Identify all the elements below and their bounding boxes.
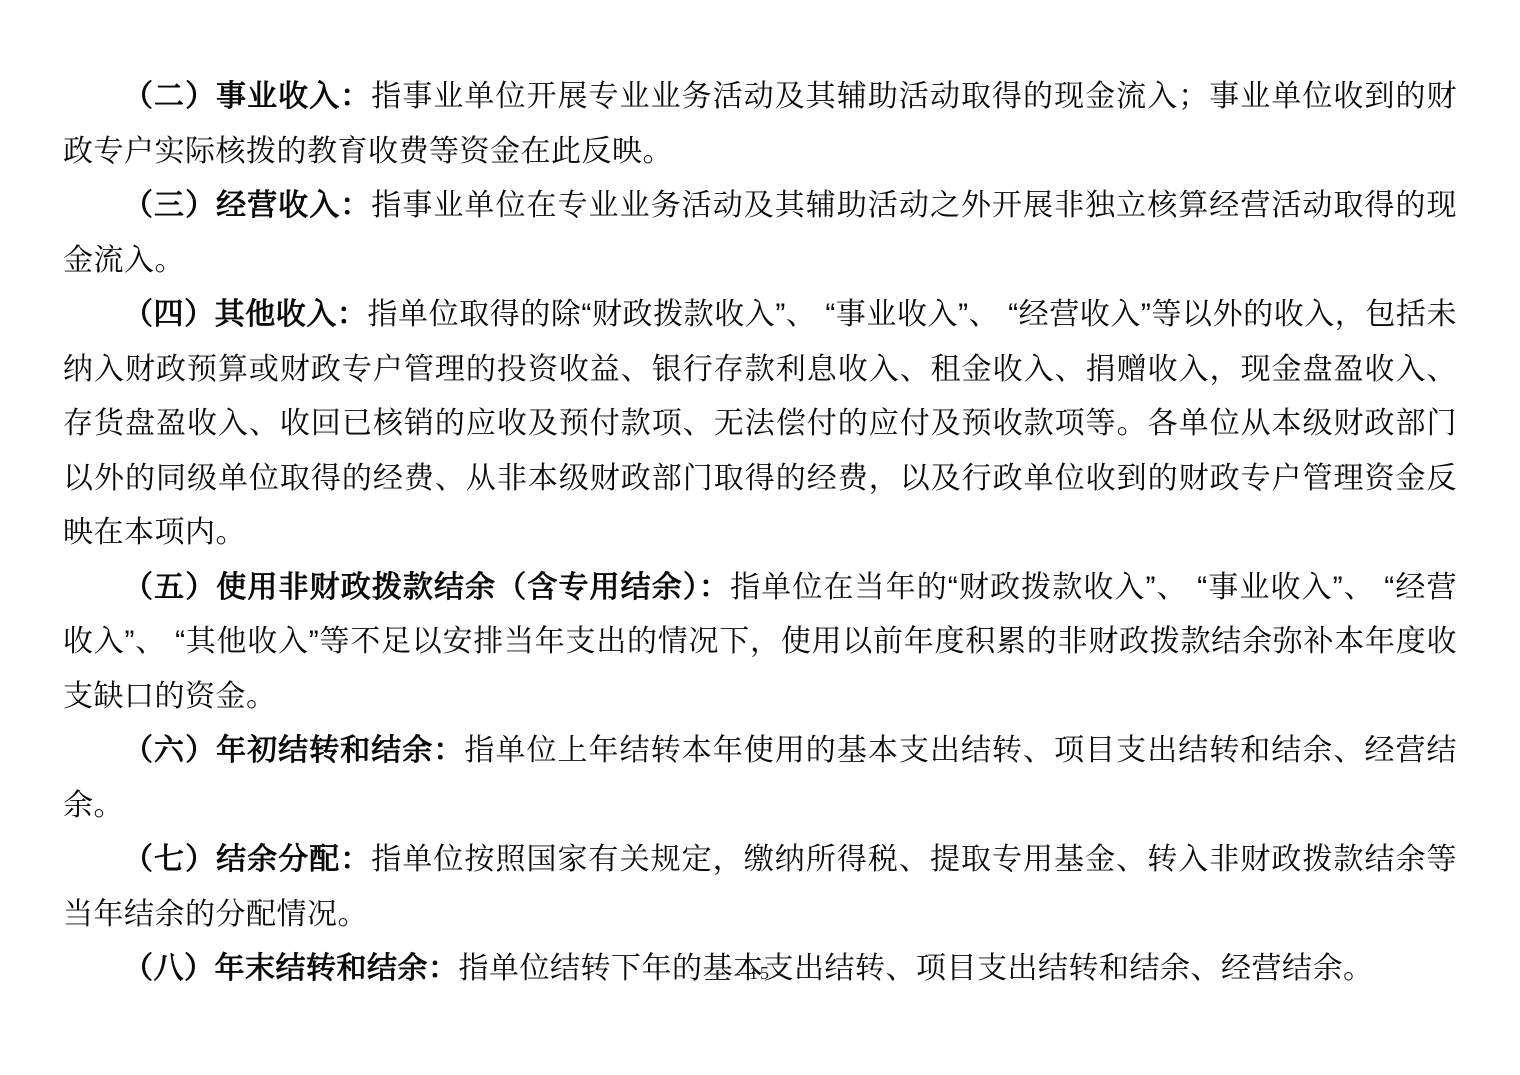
paragraph-3-jingying-shouru: （三）经营收入：指事业单位在专业业务活动及其辅助活动之外开展非独立核算经营活动取… — [63, 179, 1457, 288]
document-page: （二）事业收入：指事业单位开展专业业务活动及其辅助活动取得的现金流入；事业单位收… — [0, 0, 1520, 1075]
paragraph-2-shiye-shouru: （二）事业收入：指事业单位开展专业业务活动及其辅助活动取得的现金流入；事业单位收… — [63, 70, 1457, 179]
paragraph-lead: （三）经营收入： — [123, 189, 371, 222]
paragraph-lead: （二）事业收入： — [123, 80, 371, 113]
paragraph-lead: （四）其他收入： — [123, 298, 367, 331]
paragraph-6-nianchu-jiezhuan-he-jieyu: （六）年初结转和结余：指单位上年结转本年使用的基本支出结转、项目支出结转和结余、… — [63, 724, 1457, 833]
paragraph-lead: （七）结余分配： — [123, 843, 371, 876]
paragraph-7-jieyu-fenpei: （七）结余分配：指单位按照国家有关规定，缴纳所得税、提取专用基金、转入非财政拨款… — [63, 833, 1457, 942]
paragraph-lead: （六）年初结转和结余： — [123, 734, 464, 767]
paragraph-lead: （五）使用非财政拨款结余（含专用结余）： — [123, 571, 730, 604]
paragraph-4-qita-shouru: （四）其他收入：指单位取得的除“财政拨款收入”、 “事业收入”、 “经营收入”等… — [63, 288, 1457, 561]
page-number: - 15 - — [0, 963, 1520, 984]
paragraph-text: 指单位取得的除“财政拨款收入”、 “事业收入”、 “经营收入”等以外的收入，包括… — [63, 298, 1457, 549]
document-body: （二）事业收入：指事业单位开展专业业务活动及其辅助活动取得的现金流入；事业单位收… — [63, 70, 1457, 997]
paragraph-5-shiyong-feicaizheng-bokuan-jieyu: （五）使用非财政拨款结余（含专用结余）：指单位在当年的“财政拨款收入”、 “事业… — [63, 561, 1457, 725]
